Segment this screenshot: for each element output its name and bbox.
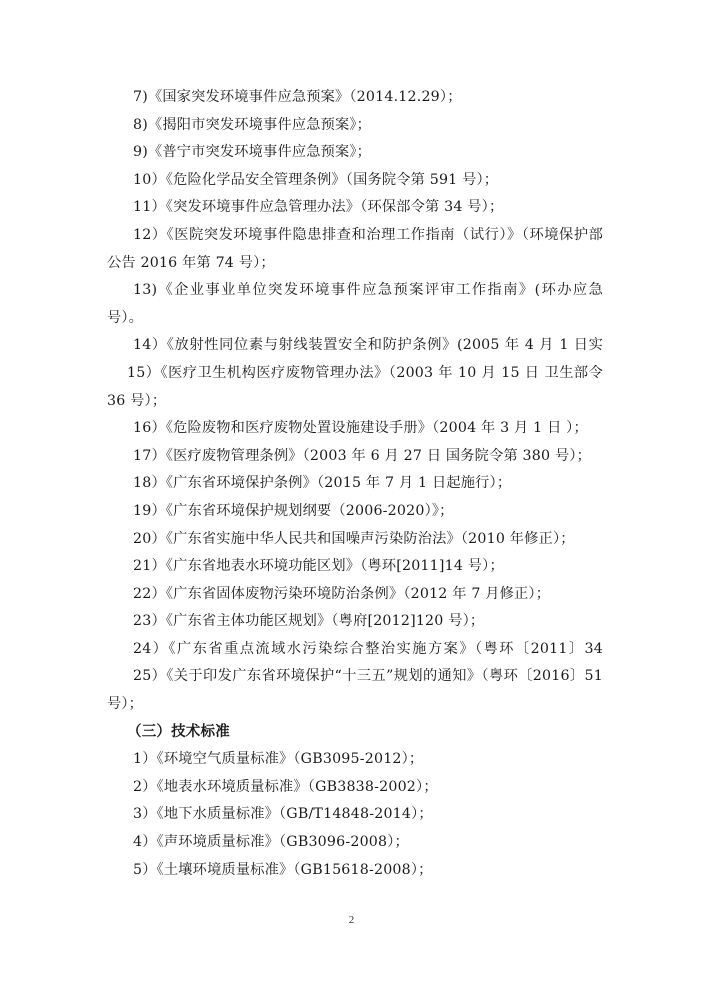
document-line: 20）《广东省实施中华人民共和国噪声污染防治法》（2010 年修正）； [107, 526, 603, 554]
document-line: 10）《危险化学品安全管理条例》（国务院令第 591 号）； [107, 167, 603, 195]
document-line: 14）《放射性同位素与射线装置安全和防护条例》(2005 年 4 月 1 日实施… [107, 332, 603, 360]
document-line: 22）《广东省固体废物污染环境防治条例》（2012 年 7 月修正）； [107, 581, 603, 609]
document-line: 1）《环境空气质量标准》（GB3095-2012）； [107, 746, 603, 774]
document-line: 21）《广东省地表水环境功能区划》（粤环[2011]14 号）； [107, 553, 603, 581]
document-line: 3）《地下水质量标准》（GB/T14848-2014）； [107, 801, 603, 829]
document-line: 17）《医疗废物管理条例》（2003 年 6 月 27 日 国务院令第 380 … [107, 443, 603, 471]
document-line: 9)《普宁市突发环境事件应急预案》； [107, 139, 603, 167]
document-page: 7)《国家突发环境事件应急预案》（2014.12.29）；8)《揭阳市突发环境事… [0, 0, 703, 994]
document-line: 4）《声环境质量标准》（GB3096-2008）； [107, 829, 603, 857]
document-line: 16）《危险废物和医疗废物处置设施建设手册》（2004 年 3 月 1 日 ）； [107, 415, 603, 443]
document-line: 5）《土壤环境质量标准》（GB15618-2008）； [107, 857, 603, 885]
document-line: 号）。 [107, 305, 603, 333]
document-line: 36 号）； [107, 388, 603, 416]
document-line: 7)《国家突发环境事件应急预案》（2014.12.29）； [107, 84, 603, 112]
document-line: 24）《广东省重点流域水污染综合整治实施方案》（粤环〔2011〕34 号）； [107, 636, 603, 664]
document-line: 公告 2016 年第 74 号）； [107, 250, 603, 278]
document-line: 2）《地表水环境质量标准》（GB3838-2002）； [107, 774, 603, 802]
document-line: 11）《突发环境事件应急管理办法》（环保部令第 34 号）； [107, 194, 603, 222]
document-line: 25）《关于印发广东省环境保护“十三五”规划的通知》（粤环〔2016〕51 [107, 663, 603, 691]
document-line: 18）《广东省环境保护条例》（2015 年 7 月 1 日起施行）； [107, 470, 603, 498]
page-number: 2 [0, 914, 703, 926]
section-heading: （三）技术标准 [107, 719, 603, 747]
document-line: 19）《广东省环境保护规划纲要（2006-2020）》； [107, 498, 603, 526]
document-line: 8)《揭阳市突发环境事件应急预案》； [107, 112, 603, 140]
document-line: 15）《医疗卫生机构医疗废物管理办法》（2003 年 10 月 15 日 卫生部… [107, 360, 603, 388]
document-line: 23）《广东省主体功能区规划》（粤府[2012]120 号）； [107, 608, 603, 636]
document-line: 号）； [107, 691, 603, 719]
document-line: 13)《企业事业单位突发环境事件应急预案评审工作指南》(环办应急[2018]8 [107, 277, 603, 305]
document-body: 7)《国家突发环境事件应急预案》（2014.12.29）；8)《揭阳市突发环境事… [107, 84, 603, 884]
document-line: 12）《医院突发环境事件隐患排查和治理工作指南（试行）》（环境保护部 [107, 222, 603, 250]
